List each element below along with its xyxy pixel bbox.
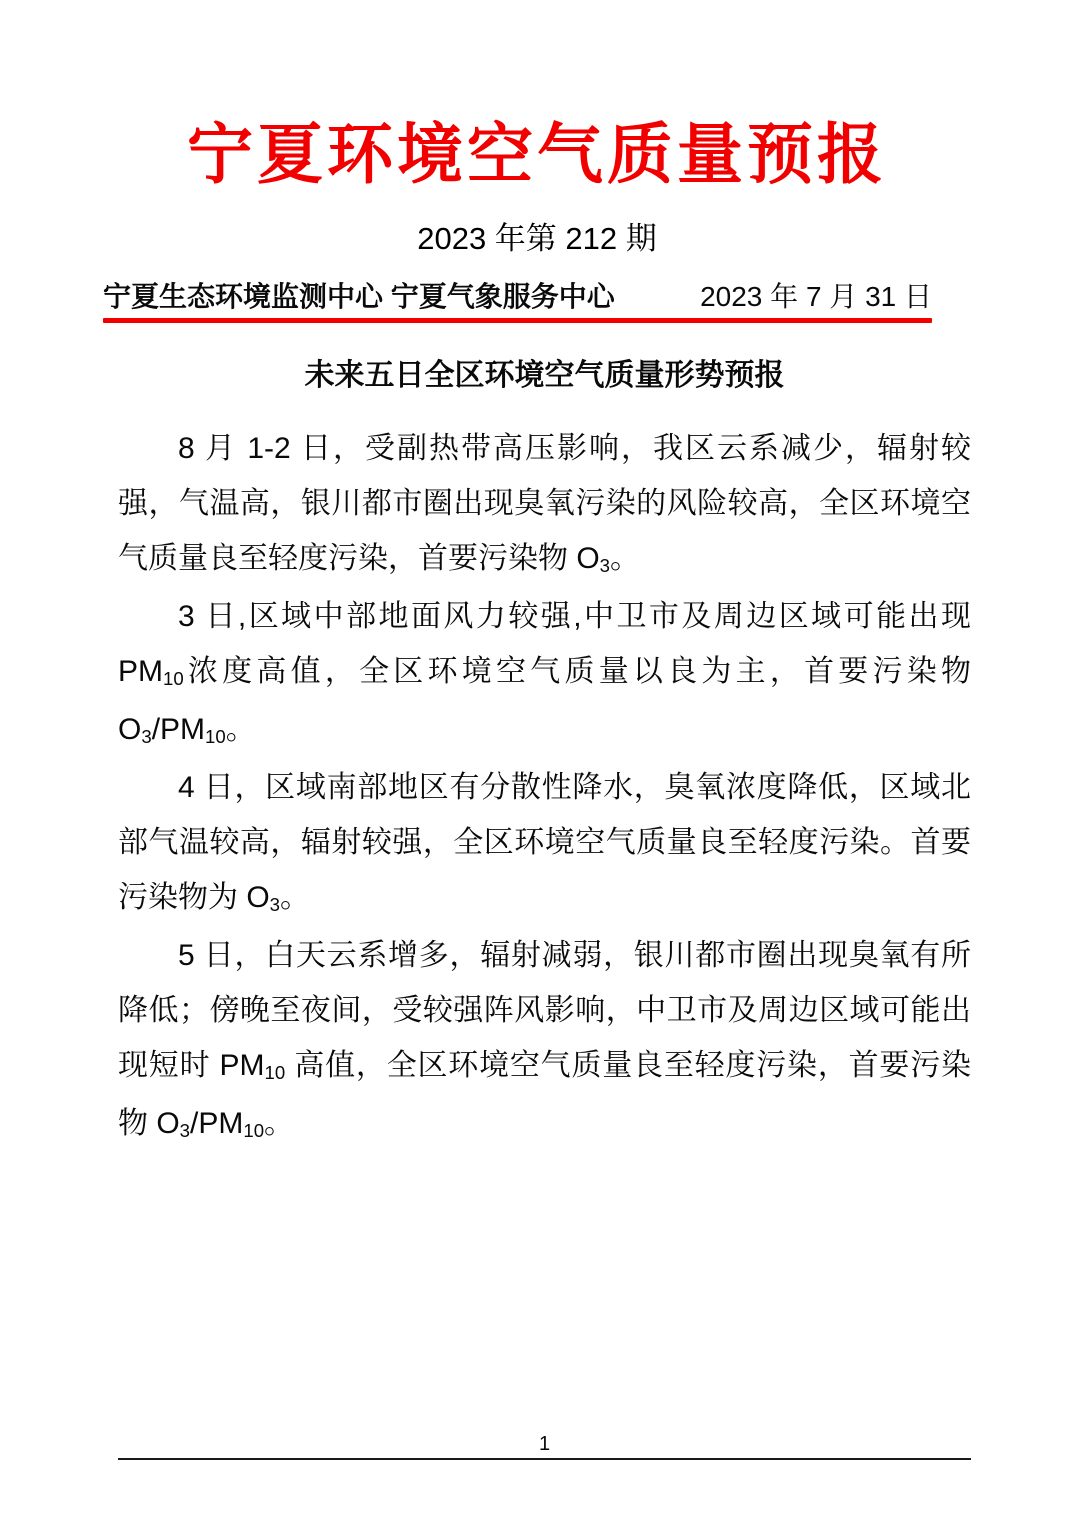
subscript-text: 10 xyxy=(205,726,226,747)
section-heading: 未来五日全区环境空气质量形势预报 xyxy=(118,357,971,395)
subscript-text: 3 xyxy=(180,1120,190,1141)
text-segment: /PM xyxy=(152,713,205,746)
issuing-agencies: 宁夏生态环境监测中心 宁夏气象服务中心 xyxy=(103,280,615,314)
subscript-text: 3 xyxy=(600,555,610,576)
page-footer: 1 xyxy=(118,1432,971,1460)
text-segment: 4 日，区域南部地区有分散性降水，臭氧浓度降低，区域北部气温较高，辐射较强，全区… xyxy=(118,771,971,914)
header-row: 宁夏生态环境监测中心 宁夏气象服务中心 2023 年 7 月 31 日 xyxy=(103,280,932,314)
document-body: 未来五日全区环境空气质量形势预报 8 月 1-2 日，受副热带高压影响，我区云系… xyxy=(118,357,971,1154)
text-segment: 8 月 1-2 日，受副热带高压影响，我区云系减少，辐射较强，气温高，银川都市圈… xyxy=(118,432,971,575)
forecast-paragraph-day5: 5 日，白天云系增多，辐射减弱，银川都市圈出现臭氧有所降低；傍晚至夜间，受较强阵… xyxy=(118,928,971,1154)
subscript-text: 10 xyxy=(243,1120,264,1141)
header-rule xyxy=(103,318,932,323)
text-segment: 。 xyxy=(264,1107,294,1140)
page-number: 1 xyxy=(539,1433,550,1455)
header-block: 宁夏生态环境监测中心 宁夏气象服务中心 2023 年 7 月 31 日 xyxy=(103,280,932,323)
text-segment: 。 xyxy=(280,881,310,914)
text-segment: 。 xyxy=(226,713,256,746)
text-segment: 。 xyxy=(610,542,640,575)
document-page: 宁夏环境空气质量预报 2023 年第 212 期 宁夏生态环境监测中心 宁夏气象… xyxy=(0,0,1074,1520)
forecast-paragraph-day3: 3 日,区域中部地面风力较强,中卫市及周边区域可能出现 PM10浓度高值，全区环… xyxy=(118,589,971,760)
subscript-text: 10 xyxy=(163,668,184,689)
subscript-text: 10 xyxy=(265,1062,286,1083)
subscript-text: 3 xyxy=(270,894,280,915)
issue-date: 2023 年 7 月 31 日 xyxy=(700,280,932,314)
doc-title: 宁夏环境空气质量预报 xyxy=(0,118,1074,194)
forecast-paragraph-day4: 4 日，区域南部地区有分散性降水，臭氧浓度降低，区域北部气温较高，辐射较强，全区… xyxy=(118,760,971,928)
forecast-paragraph-aug1-2: 8 月 1-2 日，受副热带高压影响，我区云系减少，辐射较强，气温高，银川都市圈… xyxy=(118,421,971,589)
forecast-paragraphs: 8 月 1-2 日，受副热带高压影响，我区云系减少，辐射较强，气温高，银川都市圈… xyxy=(118,421,971,1154)
subscript-text: 3 xyxy=(141,726,151,747)
issue-number: 2023 年第 212 期 xyxy=(0,220,1074,258)
text-segment: /PM xyxy=(190,1107,243,1140)
